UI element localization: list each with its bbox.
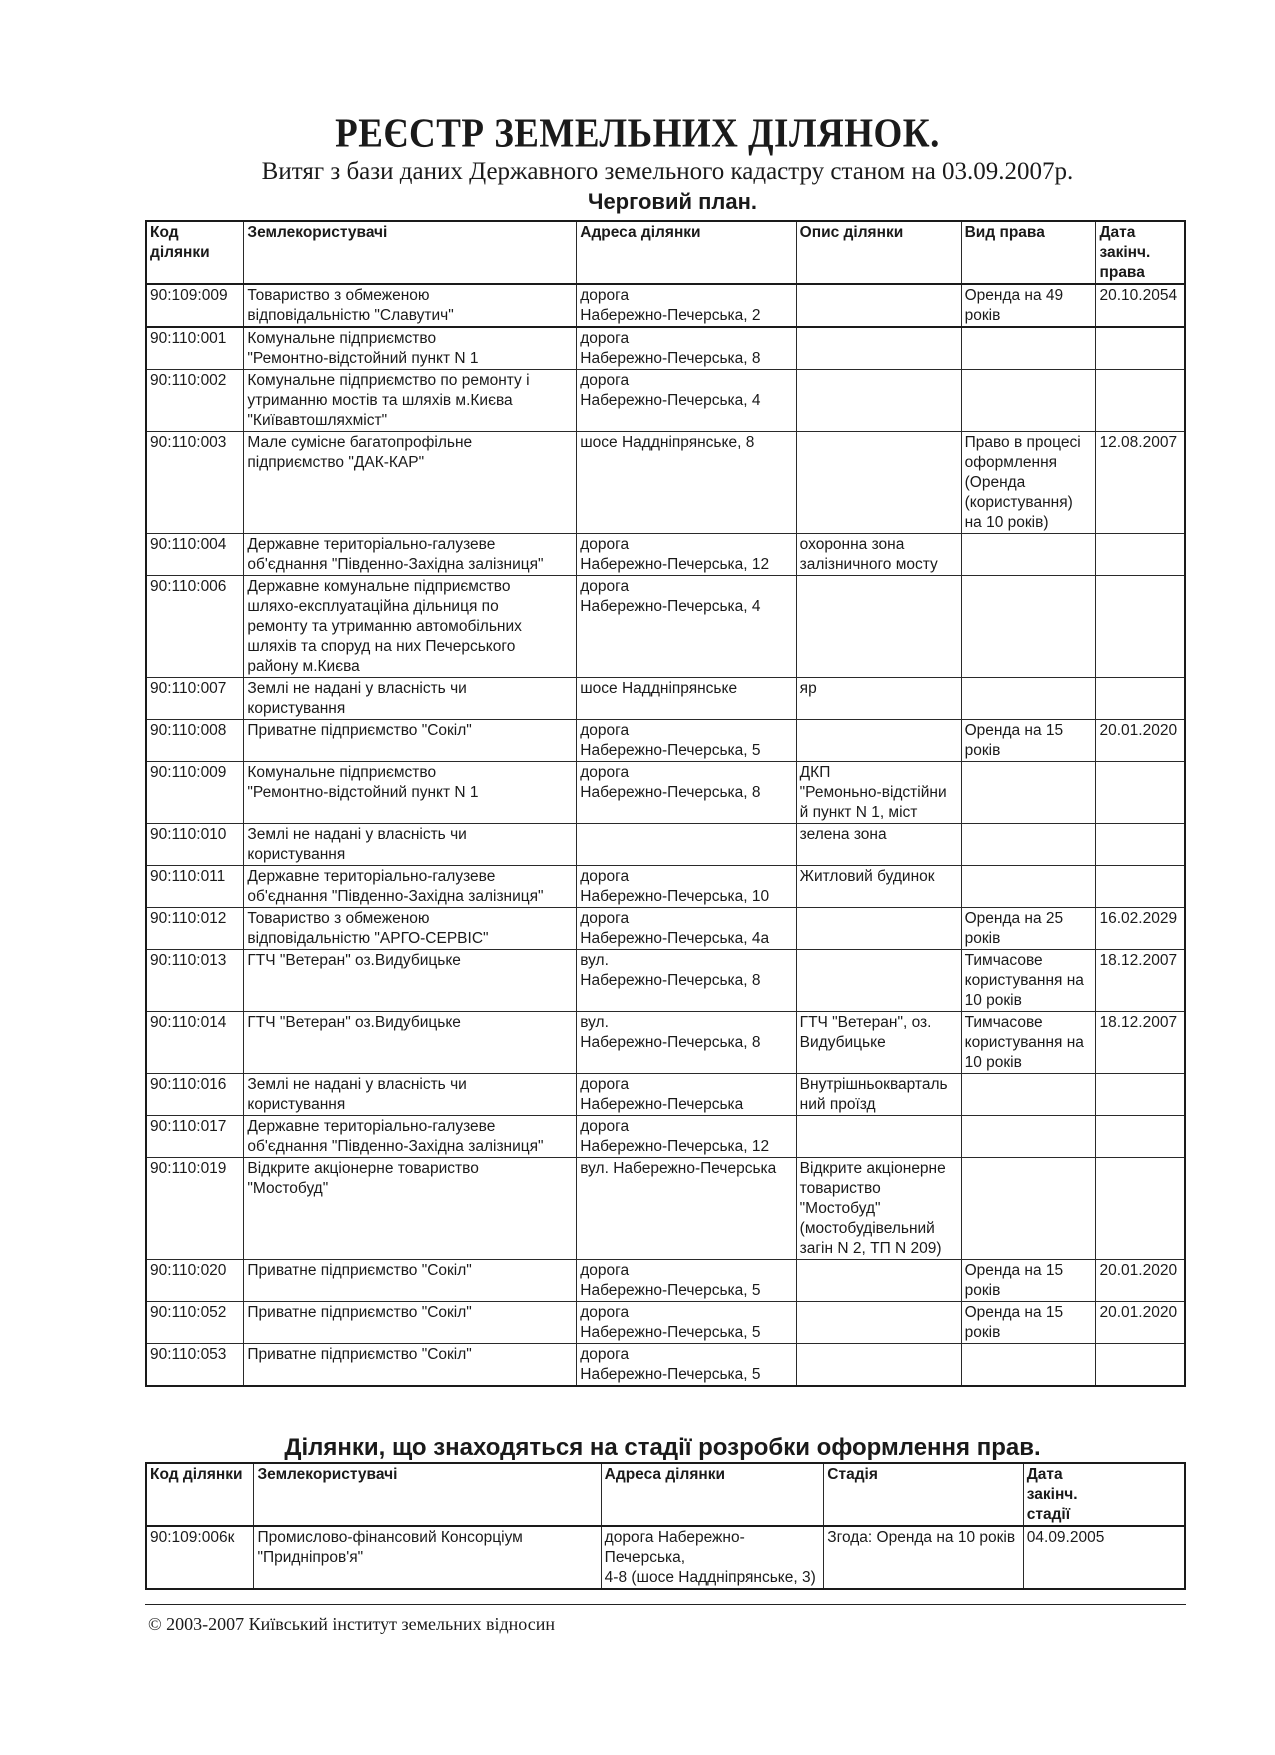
cell-address: дорога Набережно-Печерська, 10 <box>577 866 796 908</box>
cell-description: Житловий будинок <box>796 866 961 908</box>
cell-user: Відкрите акціонерне товариство "Мостобуд… <box>244 1158 577 1260</box>
column-header-address: Адреса ділянки <box>601 1463 824 1526</box>
cell-address: дорога Набережно-Печерська, 2 <box>577 284 796 327</box>
cell-description <box>796 1260 961 1302</box>
cell-right-type <box>961 576 1096 678</box>
pending-rights-table: Код ділянки Землекористувачі Адреса діля… <box>145 1462 1186 1590</box>
cell-user: Державне територіально-галузеве об'єднан… <box>244 866 577 908</box>
cell-right-type <box>961 534 1096 576</box>
cell-address: дорога Набережно-Печерська, 4 <box>577 576 796 678</box>
cell-description <box>796 370 961 432</box>
column-header-code: Код ділянки <box>146 221 244 284</box>
cell-description <box>796 908 961 950</box>
column-header-user: Землекористувачі <box>254 1463 601 1526</box>
section-title-pending: Ділянки, що знаходяться на стадії розроб… <box>0 1434 1275 1462</box>
cell-address: дорога Набережно-Печерська, 4а <box>577 908 796 950</box>
cell-right-type <box>961 370 1096 432</box>
cell-user: Приватне підприємство "Сокіл" <box>244 1302 577 1344</box>
footer-divider <box>145 1604 1186 1605</box>
cell-address: дорога Набережно-Печерська, 12 <box>577 534 796 576</box>
table-row: 90:109:009Товариство з обмеженою відпові… <box>146 284 1185 327</box>
cell-end-date: 20.01.2020 <box>1096 1260 1185 1302</box>
table-row: 90:110:014ГТЧ "Ветеран" оз.Видубицькевул… <box>146 1012 1185 1074</box>
cell-end-date <box>1096 1116 1185 1158</box>
cell-address: дорога Набережно-Печерська, 12 <box>577 1116 796 1158</box>
column-header-user: Землекористувачі <box>244 221 577 284</box>
cell-end-date: 16.02.2029 <box>1096 908 1185 950</box>
cell-code: 90:110:002 <box>146 370 244 432</box>
column-header-right-type: Вид права <box>961 221 1096 284</box>
cell-code: 90:109:009 <box>146 284 244 327</box>
cell-description <box>796 1344 961 1387</box>
cell-code: 90:110:007 <box>146 678 244 720</box>
cell-address: дорога Набережно-Печерська, 8 <box>577 327 796 370</box>
cell-user: Землі не надані у власність чи користува… <box>244 824 577 866</box>
cell-description: ГТЧ "Ветеран", оз. Видубицьке <box>796 1012 961 1074</box>
table-row: 90:110:012Товариство з обмеженою відпові… <box>146 908 1185 950</box>
cell-end-date: 20.01.2020 <box>1096 1302 1185 1344</box>
cell-description: ДКП "Ремоньно-відстійни й пункт N 1, міс… <box>796 762 961 824</box>
table-header-row: Код ділянки Землекористувачі Адреса діля… <box>146 221 1185 284</box>
cell-description: Внутрішньокварталь ний проїзд <box>796 1074 961 1116</box>
cell-right-type <box>961 1116 1096 1158</box>
footer-copyright: © 2003-2007 Київський інститут земельних… <box>148 1614 555 1635</box>
cell-code: 90:110:020 <box>146 1260 244 1302</box>
cell-code: 90:110:017 <box>146 1116 244 1158</box>
table-row: 90:110:009Комунальне підприємство "Ремон… <box>146 762 1185 824</box>
cell-right-type <box>961 762 1096 824</box>
cell-user: ГТЧ "Ветеран" оз.Видубицьке <box>244 1012 577 1074</box>
table-header-row: Код ділянки Землекористувачі Адреса діля… <box>146 1463 1185 1526</box>
cell-user: Товариство з обмеженою відповідальністю … <box>244 908 577 950</box>
cell-description <box>796 950 961 1012</box>
cell-end-date <box>1096 1344 1185 1387</box>
cell-user: Комунальне підприємство по ремонту і утр… <box>244 370 577 432</box>
cell-right-type <box>961 678 1096 720</box>
cell-right-type <box>961 1074 1096 1116</box>
cell-address: дорога Набережно-Печерська, 8 <box>577 762 796 824</box>
cell-right-type: Оренда на 49 років <box>961 284 1096 327</box>
cell-address: дорога Набережно-Печерська, 4 <box>577 370 796 432</box>
cell-description <box>796 1302 961 1344</box>
cell-description <box>796 284 961 327</box>
cell-user: Державне територіально-галузеве об'єднан… <box>244 1116 577 1158</box>
cell-user: Товариство з обмеженою відповідальністю … <box>244 284 577 327</box>
section-title-main: Черговий план. <box>0 189 1275 215</box>
cell-description: зелена зона <box>796 824 961 866</box>
main-register-table: Код ділянки Землекористувачі Адреса діля… <box>145 220 1186 1387</box>
cell-code: 90:110:052 <box>146 1302 244 1344</box>
cell-end-date: 20.10.2054 <box>1096 284 1185 327</box>
cell-right-type <box>961 866 1096 908</box>
column-header-end-date: Дата закінч. права <box>1096 221 1185 284</box>
cell-end-date <box>1096 534 1185 576</box>
table-row: 90:110:007Землі не надані у власність чи… <box>146 678 1185 720</box>
table-row: 90:110:011Державне територіально-галузев… <box>146 866 1185 908</box>
cell-address: дорога Набережно-Печерська, 5 <box>577 1302 796 1344</box>
cell-right-type: Оренда на 15 років <box>961 720 1096 762</box>
cell-stage: Згода: Оренда на 10 років <box>824 1526 1023 1589</box>
cell-user: Промислово-фінансовий Консорціум "Придні… <box>254 1526 601 1589</box>
cell-user: Землі не надані у власність чи користува… <box>244 678 577 720</box>
cell-description: яр <box>796 678 961 720</box>
page-title: РЕЄСТР ЗЕМЕЛЬНИХ ДІЛЯНОК. <box>0 109 1275 157</box>
cell-description <box>796 432 961 534</box>
cell-user: Мале сумісне багатопрофільне підприємств… <box>244 432 577 534</box>
cell-right-type <box>961 1158 1096 1260</box>
table-row: 90:110:013ГТЧ "Ветеран" оз.Видубицькевул… <box>146 950 1185 1012</box>
cell-description <box>796 576 961 678</box>
cell-right-type: Право в процесі оформлення (Оренда (кори… <box>961 432 1096 534</box>
cell-end-date: 18.12.2007 <box>1096 1012 1185 1074</box>
column-header-code: Код ділянки <box>146 1463 254 1526</box>
cell-user: Державне комунальне підприємство шляхо-е… <box>244 576 577 678</box>
cell-end-date <box>1096 678 1185 720</box>
cell-end-date <box>1096 1074 1185 1116</box>
table-row: 90:110:016Землі не надані у власність чи… <box>146 1074 1185 1116</box>
cell-code: 90:110:001 <box>146 327 244 370</box>
cell-address: дорога Набережно-Печерська <box>577 1074 796 1116</box>
table-row: 90:110:017Державне територіально-галузев… <box>146 1116 1185 1158</box>
cell-address: дорога Набережно-Печерська, 5 <box>577 720 796 762</box>
cell-address: вул. Набережно-Печерська, 8 <box>577 950 796 1012</box>
cell-code: 90:110:011 <box>146 866 244 908</box>
cell-code: 90:110:008 <box>146 720 244 762</box>
cell-user: Приватне підприємство "Сокіл" <box>244 1344 577 1387</box>
cell-address: дорога Набережно-Печерська, 5 <box>577 1260 796 1302</box>
cell-address: дорога Набережно-Печерська, 5 <box>577 1344 796 1387</box>
cell-description <box>796 327 961 370</box>
table-row: 90:110:020Приватне підприємство "Сокіл"д… <box>146 1260 1185 1302</box>
column-header-address: Адреса ділянки <box>577 221 796 284</box>
cell-user: Комунальне підприємство "Ремонтно-відсто… <box>244 762 577 824</box>
table-row: 90:110:001Комунальне підприємство "Ремон… <box>146 327 1185 370</box>
cell-code: 90:110:010 <box>146 824 244 866</box>
table-row: 90:110:008Приватне підприємство "Сокіл"д… <box>146 720 1185 762</box>
cell-code: 90:110:019 <box>146 1158 244 1260</box>
cell-address: дорога Набережно-Печерська, 4-8 (шосе На… <box>601 1526 824 1589</box>
cell-end-date: 18.12.2007 <box>1096 950 1185 1012</box>
cell-code: 90:110:012 <box>146 908 244 950</box>
column-header-description: Опис ділянки <box>796 221 961 284</box>
cell-right-type <box>961 327 1096 370</box>
cell-right-type <box>961 824 1096 866</box>
table-row: 90:110:002Комунальне підприємство по рем… <box>146 370 1185 432</box>
column-header-stage: Стадія <box>824 1463 1023 1526</box>
cell-end-date <box>1096 370 1185 432</box>
cell-description <box>796 720 961 762</box>
cell-code: 90:109:006к <box>146 1526 254 1589</box>
cell-right-type: Тимчасове користування на 10 років <box>961 950 1096 1012</box>
cell-end-date: 04.09.2005 <box>1023 1526 1185 1589</box>
cell-code: 90:110:009 <box>146 762 244 824</box>
table-row: 90:110:003Мале сумісне багатопрофільне п… <box>146 432 1185 534</box>
cell-user: Приватне підприємство "Сокіл" <box>244 720 577 762</box>
table-row: 90:110:052Приватне підприємство "Сокіл"д… <box>146 1302 1185 1344</box>
cell-code: 90:110:003 <box>146 432 244 534</box>
cell-end-date: 20.01.2020 <box>1096 720 1185 762</box>
cell-right-type: Оренда на 15 років <box>961 1260 1096 1302</box>
cell-right-type: Тимчасове користування на 10 років <box>961 1012 1096 1074</box>
column-header-end-date: Дата закінч. стадії <box>1023 1463 1185 1526</box>
cell-code: 90:110:016 <box>146 1074 244 1116</box>
cell-right-type: Оренда на 25 років <box>961 908 1096 950</box>
cell-end-date: 12.08.2007 <box>1096 432 1185 534</box>
cell-user: Землі не надані у власність чи користува… <box>244 1074 577 1116</box>
cell-end-date <box>1096 576 1185 678</box>
cell-right-type: Оренда на 15 років <box>961 1302 1096 1344</box>
cell-description <box>796 1116 961 1158</box>
cell-code: 90:110:053 <box>146 1344 244 1387</box>
cell-user: Приватне підприємство "Сокіл" <box>244 1260 577 1302</box>
table-row: 90:110:006Державне комунальне підприємст… <box>146 576 1185 678</box>
cell-address: шосе Наддніпрянське <box>577 678 796 720</box>
cell-end-date <box>1096 327 1185 370</box>
table-row: 90:110:019Відкрите акціонерне товариство… <box>146 1158 1185 1260</box>
cell-end-date <box>1096 762 1185 824</box>
cell-description: охоронна зона залізничного мосту <box>796 534 961 576</box>
page-subtitle: Витяг з бази даних Державного земельного… <box>0 158 1275 186</box>
cell-code: 90:110:014 <box>146 1012 244 1074</box>
cell-address: вул. Набережно-Печерська, 8 <box>577 1012 796 1074</box>
table-row: 90:110:010Землі не надані у власність чи… <box>146 824 1185 866</box>
cell-user: Комунальне підприємство "Ремонтно-відсто… <box>244 327 577 370</box>
table-row: 90:109:006кПромислово-фінансовий Консорц… <box>146 1526 1185 1589</box>
cell-end-date <box>1096 1158 1185 1260</box>
cell-end-date <box>1096 866 1185 908</box>
table-row: 90:110:053Приватне підприємство "Сокіл"д… <box>146 1344 1185 1387</box>
cell-right-type <box>961 1344 1096 1387</box>
cell-code: 90:110:006 <box>146 576 244 678</box>
cell-address: шосе Наддніпрянське, 8 <box>577 432 796 534</box>
cell-description: Відкрите акціонерне товариство "Мостобуд… <box>796 1158 961 1260</box>
cell-end-date <box>1096 824 1185 866</box>
cell-user: Державне територіально-галузеве об'єднан… <box>244 534 577 576</box>
cell-code: 90:110:004 <box>146 534 244 576</box>
cell-address <box>577 824 796 866</box>
cell-code: 90:110:013 <box>146 950 244 1012</box>
table-row: 90:110:004Державне територіально-галузев… <box>146 534 1185 576</box>
cell-address: вул. Набережно-Печерська <box>577 1158 796 1260</box>
cell-user: ГТЧ "Ветеран" оз.Видубицьке <box>244 950 577 1012</box>
